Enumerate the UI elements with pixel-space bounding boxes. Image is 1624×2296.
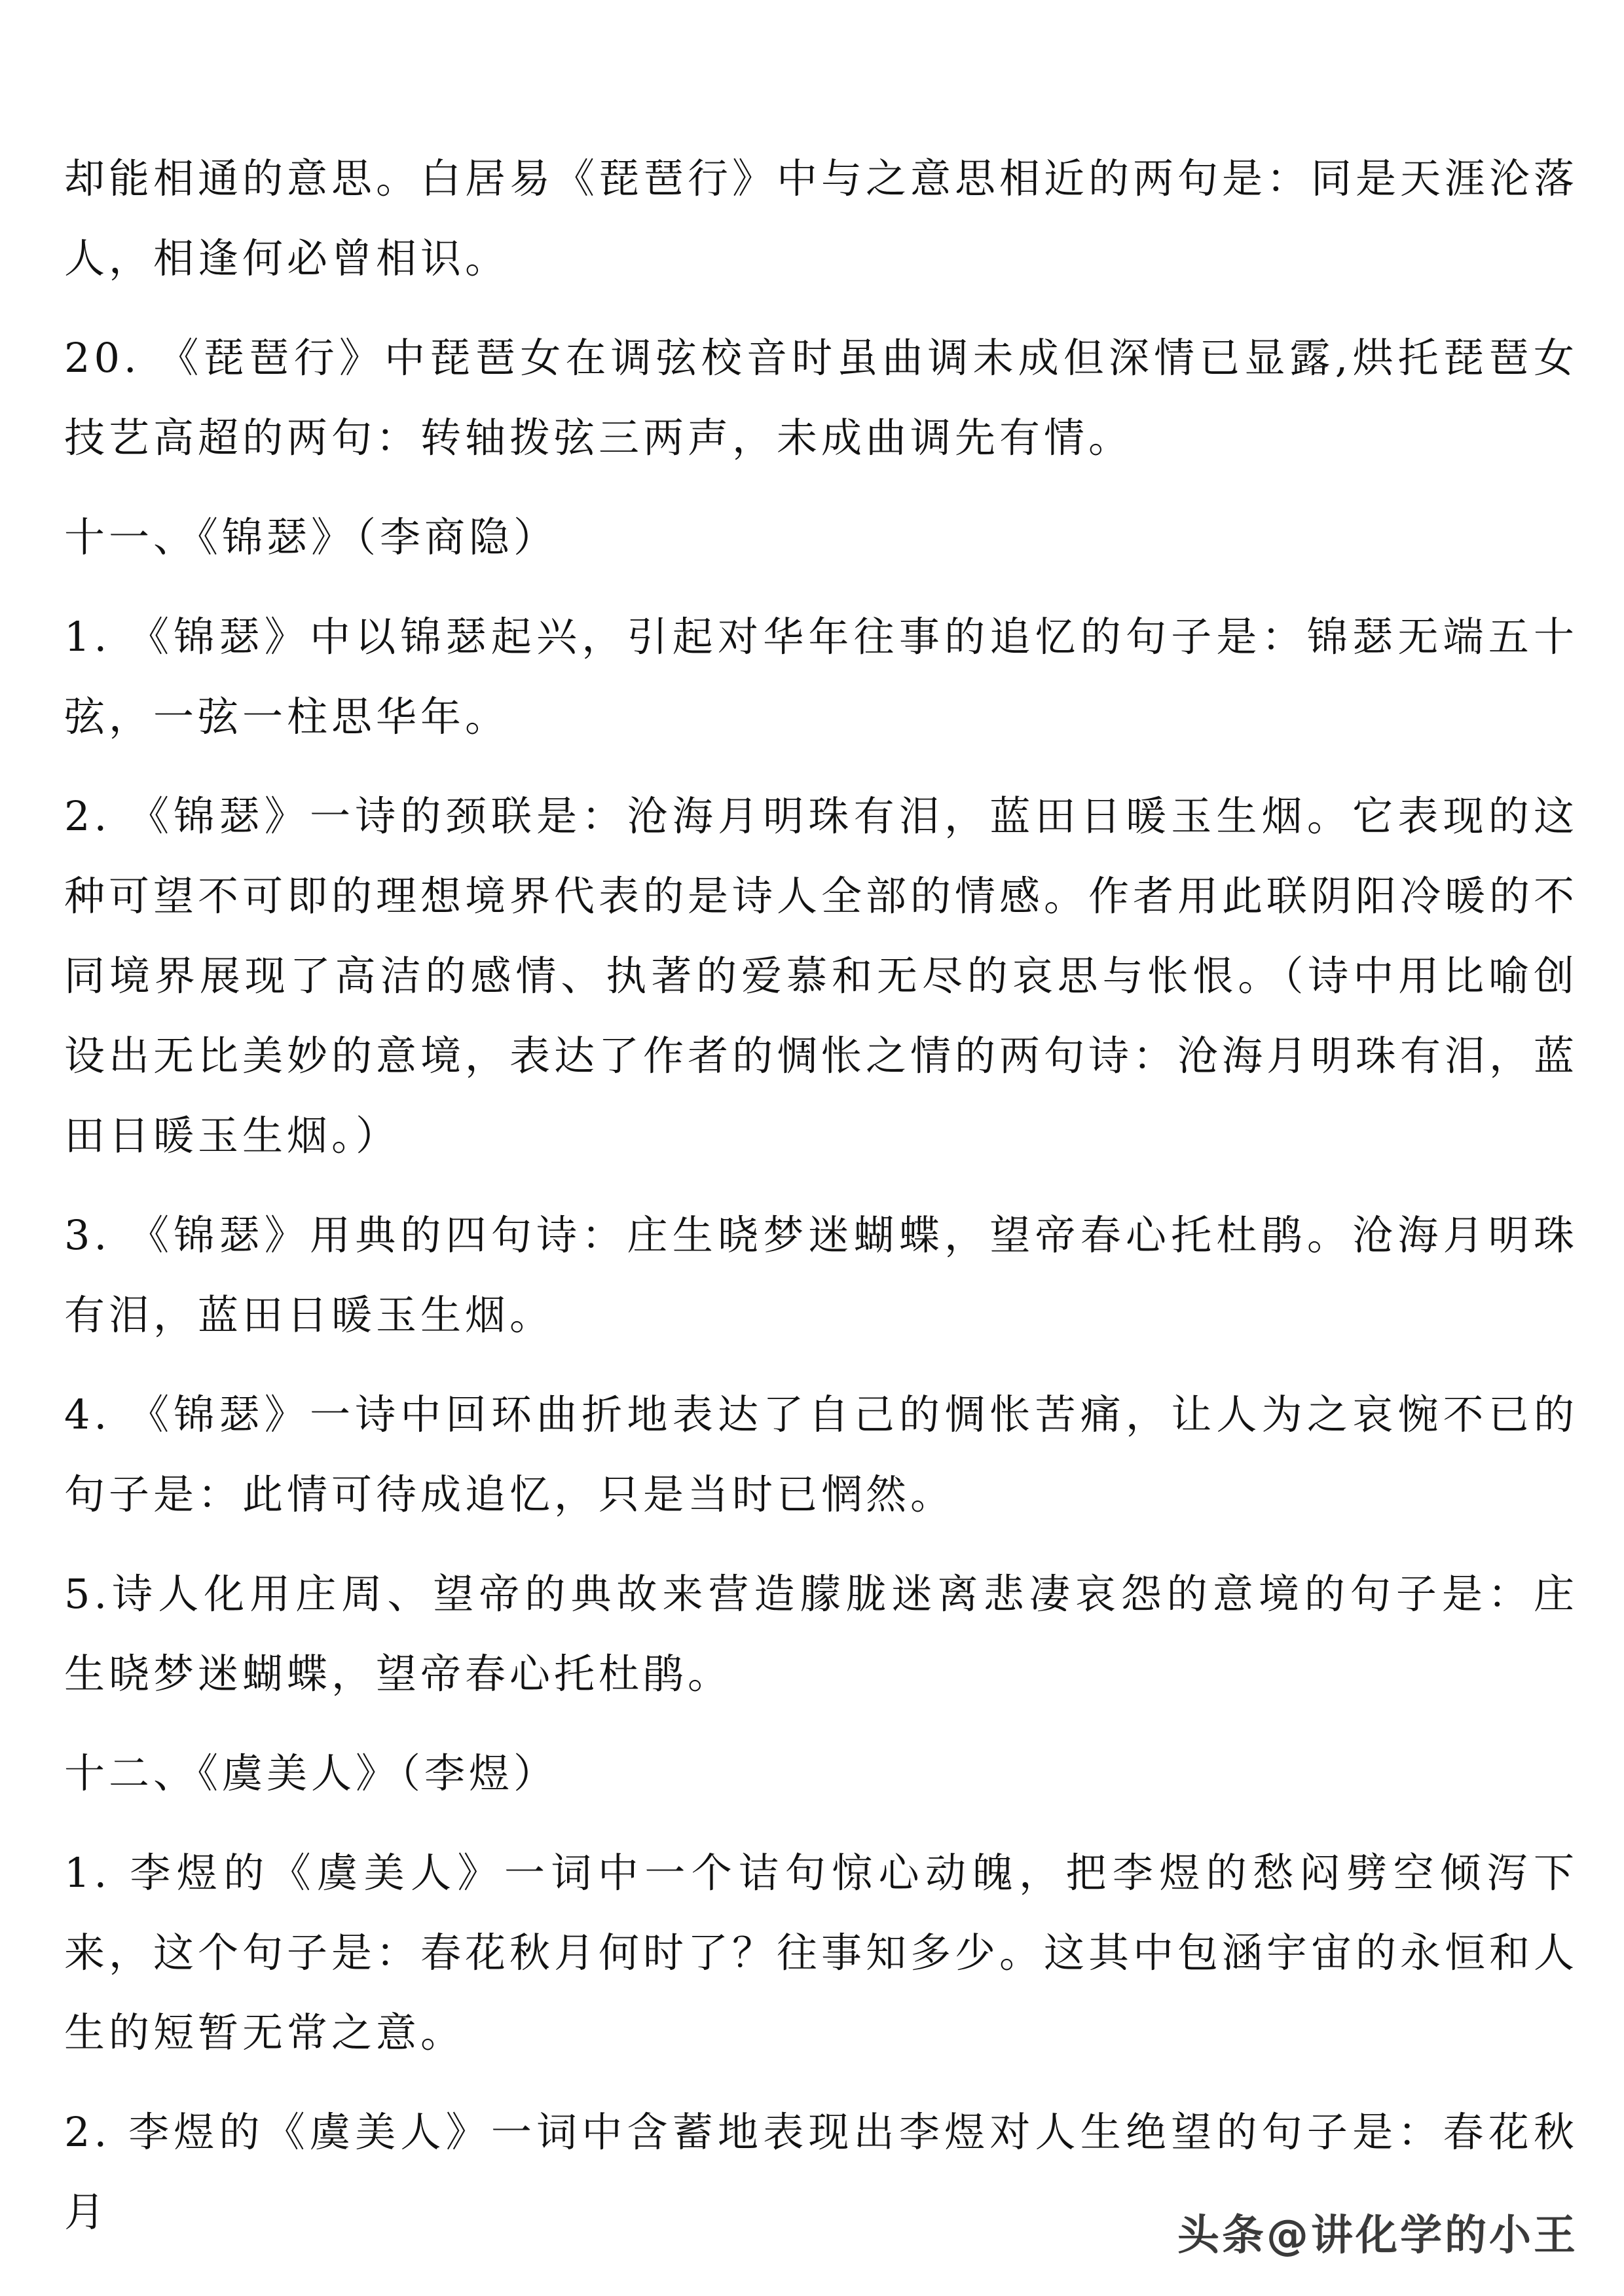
jinse-item-4: 4. 《锦瑟》一诗中回环曲折地表达了自己的惆怅苦痛，让人为之哀惋不已的句子是：此… <box>64 1375 1578 1535</box>
jinse-item-2: 2. 《锦瑟》一诗的颈联是：沧海月明珠有泪，蓝田日暖玉生烟。它表现的这种可望不可… <box>64 776 1578 1176</box>
jinse-item-3: 3. 《锦瑟》用典的四句诗：庄生晓梦迷蝴蝶，望帝春心托杜鹃。沧海月明珠有泪，蓝田… <box>64 1195 1578 1355</box>
section-heading-12-yumeiren: 十二、《虞美人》（李煜） <box>64 1734 1578 1813</box>
jinse-item-5: 5.诗人化用庄周、望帝的典故来营造朦胧迷离悲凄哀怨的意境的句子是：庄生晓梦迷蝴蝶… <box>64 1554 1578 1714</box>
document-page: 却能相通的意思。白居易《琵琶行》中与之意思相近的两句是：同是天涯沦落人，相逢何必… <box>64 139 1578 2272</box>
paragraph-pipaxing-continuation: 却能相通的意思。白居易《琵琶行》中与之意思相近的两句是：同是天涯沦落人，相逢何必… <box>64 139 1578 299</box>
watermark-toutiao-author: 头条@讲化学的小王 <box>1177 2202 1578 2262</box>
yumeiren-item-1: 1. 李煜的《虞美人》一词中一个诘句惊心动魄，把李煜的愁闷劈空倾泻下来，这个句子… <box>64 1833 1578 2073</box>
paragraph-item-20-pipaxing: 20. 《琵琶行》中琵琶女在调弦校音时虽曲调未成但深情已显露,烘托琵琶女技艺高超… <box>64 318 1578 478</box>
jinse-item-1: 1. 《锦瑟》中以锦瑟起兴，引起对华年往事的追忆的句子是：锦瑟无端五十弦，一弦一… <box>64 597 1578 757</box>
section-heading-11-jinse: 十一、《锦瑟》（李商隐） <box>64 498 1578 577</box>
